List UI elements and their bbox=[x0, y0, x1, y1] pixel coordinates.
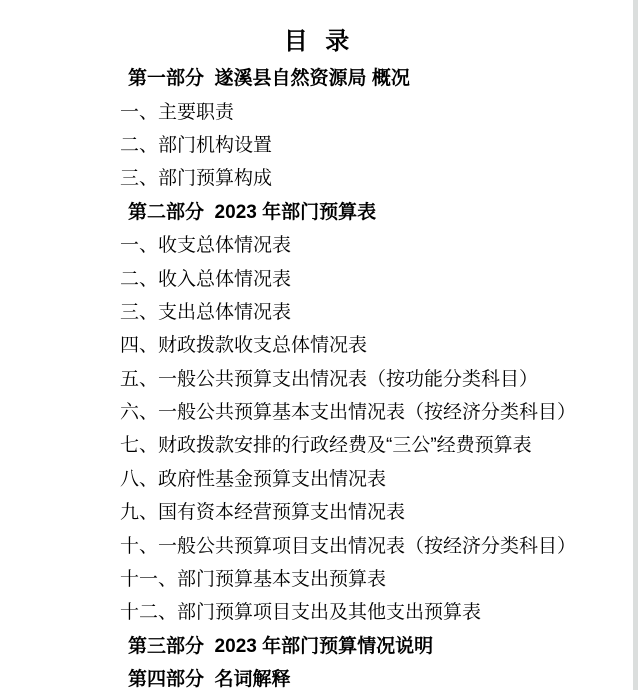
document-page: 目 录 第一部分 遂溪县自然资源局 概况 一、主要职责 二、部门机构设置 三、部… bbox=[0, 0, 633, 690]
toc-item: 九、国有资本经营预算支出情况表 bbox=[0, 494, 633, 527]
toc-item: 十、一般公共预算项目支出情况表（按经济分类科目） bbox=[0, 527, 633, 560]
toc-item: 七、财政拨款安排的行政经费及“三公”经费预算表 bbox=[0, 427, 633, 460]
toc-title: 目 录 bbox=[0, 24, 633, 60]
toc-list: 第一部分 遂溪县自然资源局 概况 一、主要职责 二、部门机构设置 三、部门预算构… bbox=[0, 60, 633, 690]
toc-heading-part-1: 第一部分 遂溪县自然资源局 概况 bbox=[0, 60, 633, 93]
toc-item: 八、政府性基金预算支出情况表 bbox=[0, 461, 633, 494]
toc-item: 一、收支总体情况表 bbox=[0, 227, 633, 260]
toc-item: 十一、部门预算基本支出预算表 bbox=[0, 561, 633, 594]
toc-item: 十二、部门预算项目支出及其他支出预算表 bbox=[0, 594, 633, 627]
toc-item: 一、主要职责 bbox=[0, 93, 633, 126]
toc-item: 六、一般公共预算基本支出情况表（按经济分类科目） bbox=[0, 394, 633, 427]
toc-heading-part-4: 第四部分 名词解释 bbox=[0, 661, 633, 690]
page-right-edge-strip bbox=[633, 0, 638, 690]
toc-item: 三、部门预算构成 bbox=[0, 160, 633, 193]
toc-heading-part-2: 第二部分 2023 年部门预算表 bbox=[0, 194, 633, 227]
toc-item: 二、部门机构设置 bbox=[0, 127, 633, 160]
toc-item: 三、支出总体情况表 bbox=[0, 294, 633, 327]
toc-item: 五、一般公共预算支出情况表（按功能分类科目） bbox=[0, 361, 633, 394]
toc-item: 四、财政拨款收支总体情况表 bbox=[0, 327, 633, 360]
toc-heading-part-3: 第三部分 2023 年部门预算情况说明 bbox=[0, 628, 633, 661]
toc-item: 二、收入总体情况表 bbox=[0, 260, 633, 293]
